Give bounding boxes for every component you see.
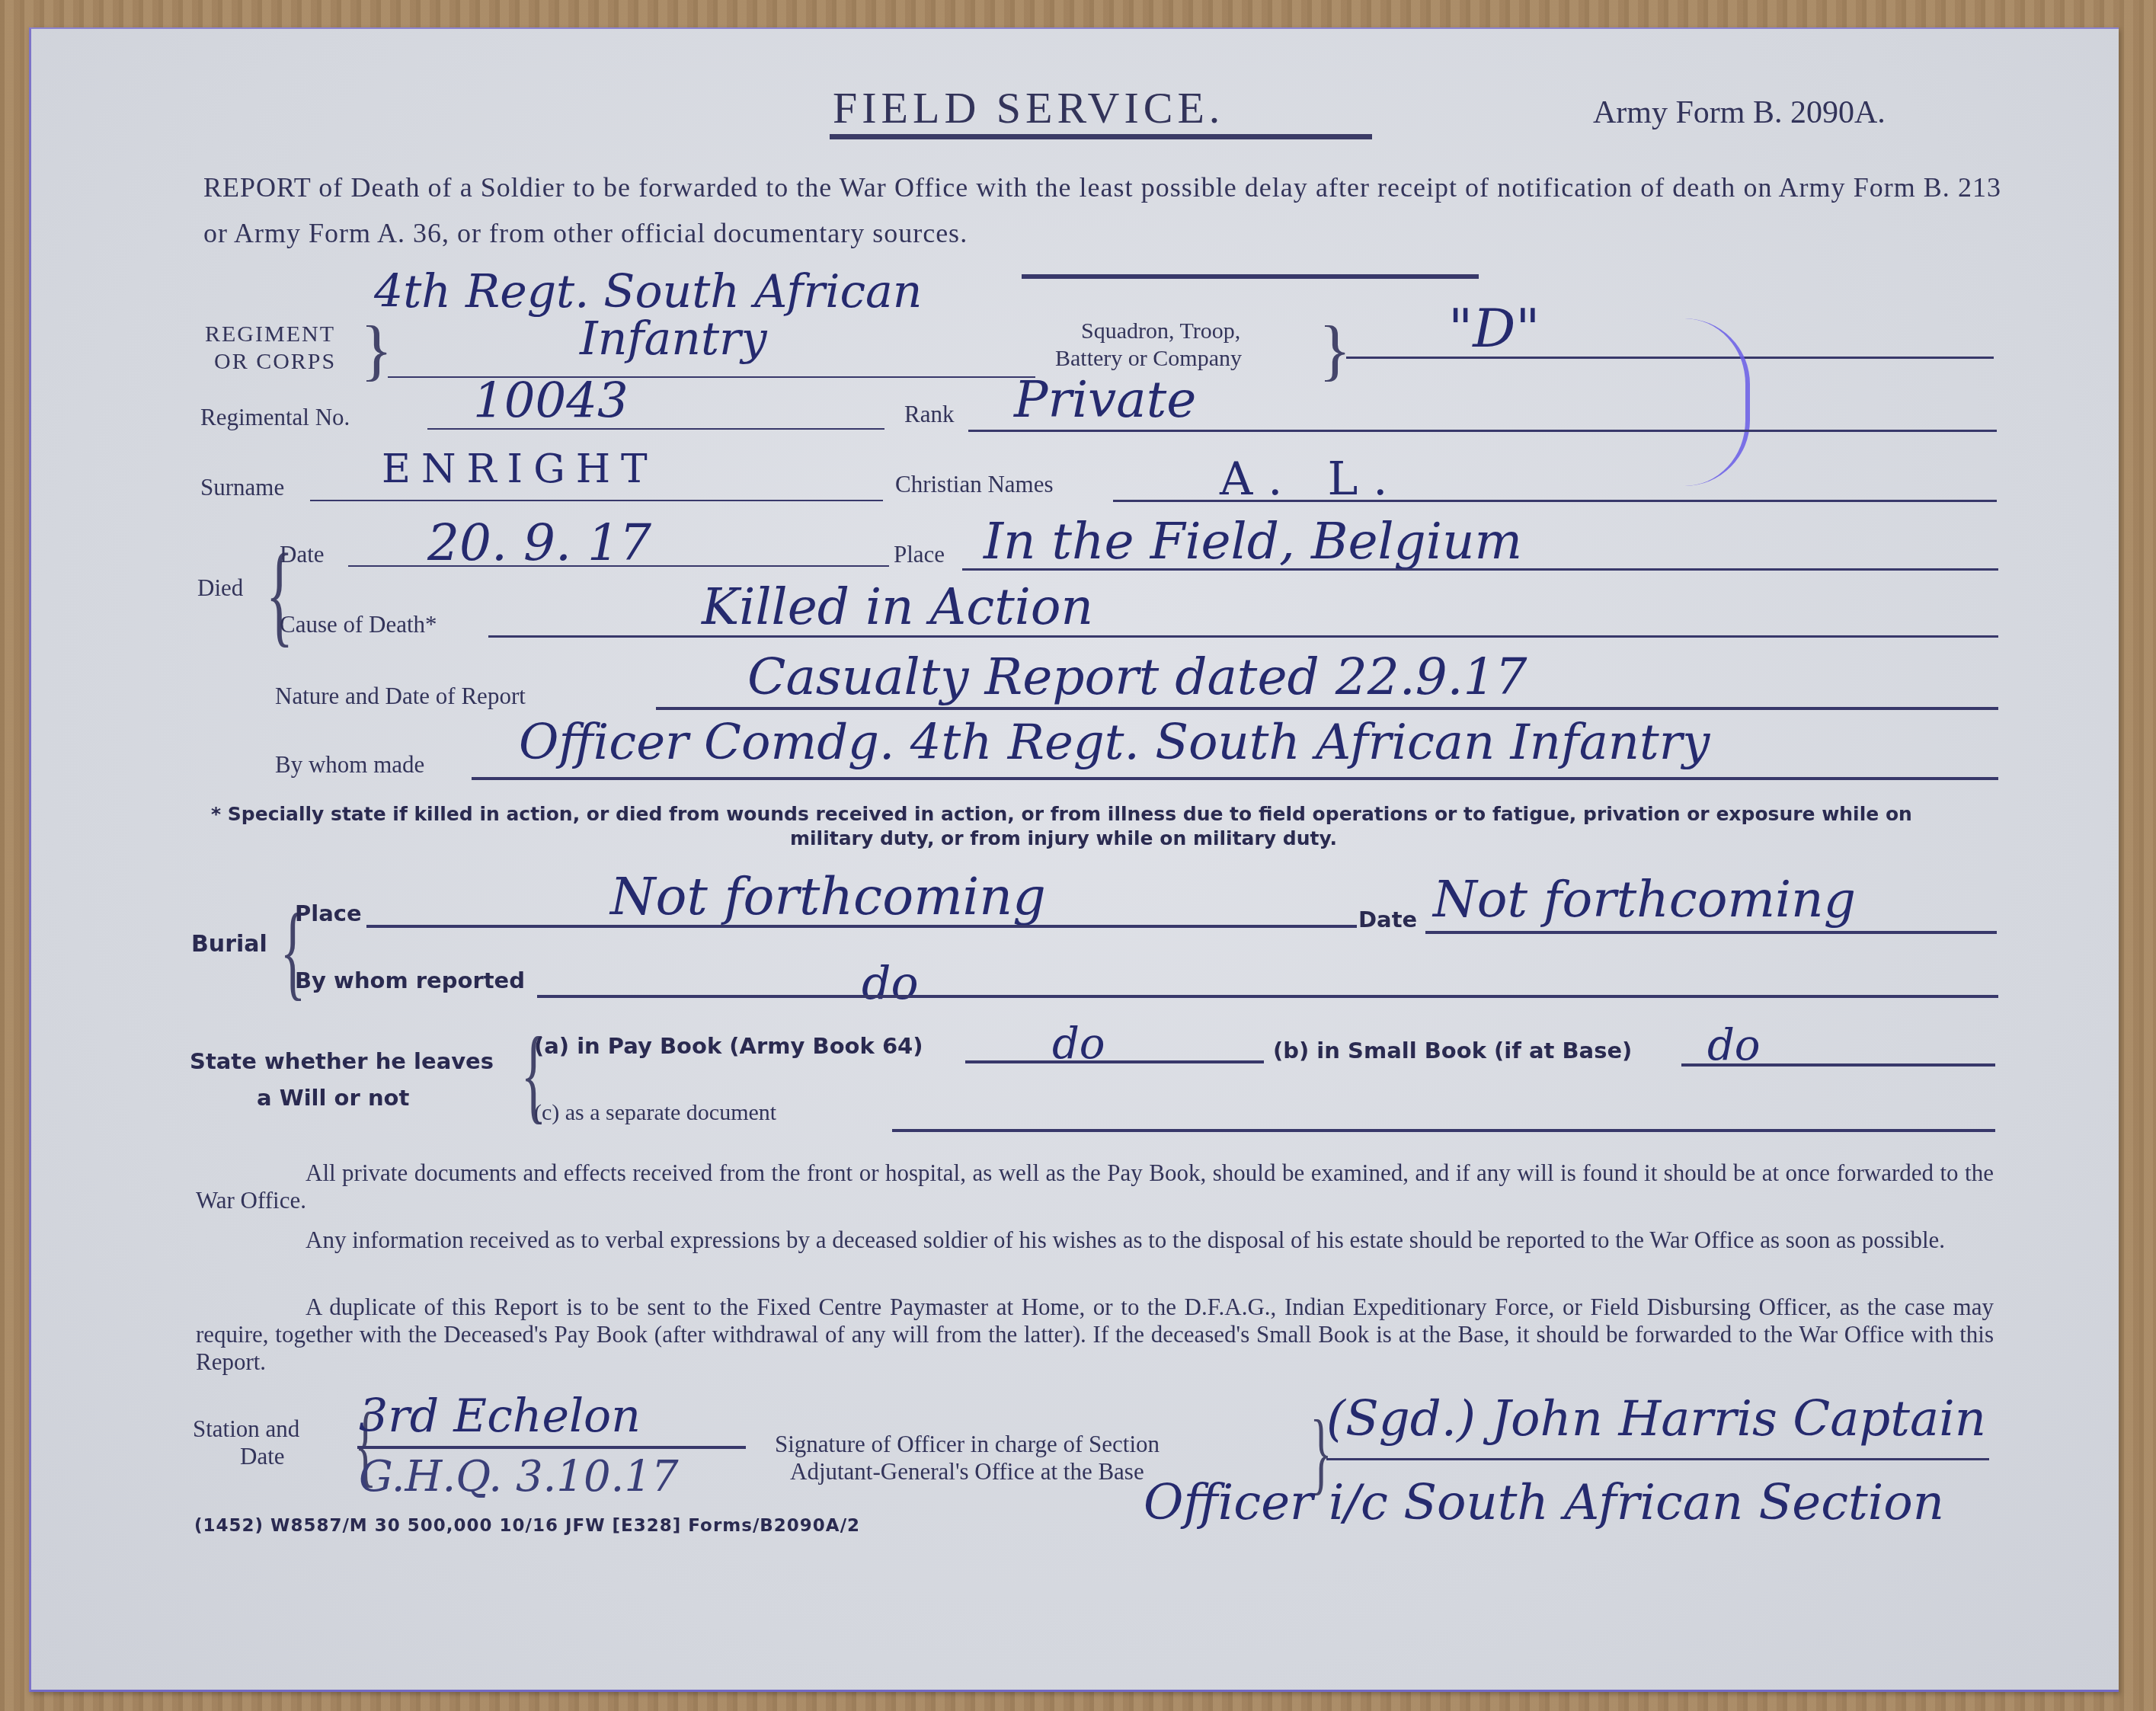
squadron-label-1: Squadron, Troop,: [1081, 318, 1240, 344]
by-whom-made-value[interactable]: Officer Comdg. 4th Regt. South African I…: [519, 715, 1710, 771]
squadron-brace: }: [1319, 312, 1351, 389]
burial-date-line: [1425, 931, 1997, 934]
date-of-death-value[interactable]: 20. 9. 17: [427, 513, 651, 572]
will-a-label: (a) in Pay Book (Army Book 64): [534, 1033, 923, 1059]
by-whom-made-label: By whom made: [275, 751, 424, 779]
burial-date-value[interactable]: Not forthcoming: [1433, 870, 1856, 929]
will-b-line: [1681, 1063, 1995, 1067]
burial-place-label: Place: [295, 900, 362, 926]
burial-place-value[interactable]: Not forthcoming: [610, 867, 1046, 927]
signature-value-2[interactable]: Officer i/c South African Section: [1144, 1475, 1944, 1531]
signature-label-1: Signature of Officer in charge of Sectio…: [775, 1431, 1160, 1458]
army-form-document: FIELD SERVICE. Army Form B. 2090A. REPOR…: [29, 27, 2119, 1692]
signature-line: [1326, 1458, 1989, 1460]
burial-by-whom-label: By whom reported: [295, 967, 525, 993]
company-value[interactable]: "D": [1448, 297, 1540, 360]
company-line: [1346, 357, 1994, 359]
station-date-value[interactable]: G.H.Q. 3.10.17: [359, 1452, 679, 1502]
title-underline: [830, 134, 1372, 139]
will-c-line: [892, 1129, 1995, 1132]
surname-line: [310, 500, 883, 501]
instruction-2: Any information received as to verbal ex…: [196, 1226, 1994, 1254]
footnote-line-2: military duty, or from injury while on m…: [790, 827, 1337, 849]
regiment-label-1: REGIMENT: [205, 321, 335, 347]
burial-by-whom-line: [537, 995, 1998, 998]
cause-of-death-value[interactable]: Killed in Action: [702, 577, 1093, 636]
surname-value[interactable]: ENRIGHT: [382, 446, 658, 492]
regimental-no-line: [427, 428, 884, 430]
form-intro: REPORT of Death of a Soldier to be forwa…: [203, 165, 2001, 256]
will-c-label: (c) as a separate document: [534, 1100, 776, 1126]
station-label-1: Station and: [193, 1415, 299, 1443]
station-line: [357, 1446, 746, 1449]
squadron-label-2: Battery or Company: [1055, 346, 1242, 372]
station-label-2: Date: [240, 1443, 285, 1470]
will-label-2: a Will or not: [257, 1085, 409, 1111]
died-label: Died: [197, 574, 243, 602]
station-value[interactable]: 3rd Echelon: [359, 1390, 641, 1443]
regimental-no-value[interactable]: 10043: [473, 373, 629, 430]
instruction-1: All private documents and effects receiv…: [196, 1159, 1994, 1214]
burial-place-line: [366, 925, 1357, 928]
footnote-line-1: * Specially state if killed in action, o…: [211, 803, 1912, 825]
will-label-1: State whether he leaves: [190, 1048, 494, 1074]
instruction-3: A duplicate of this Report is to be sent…: [196, 1294, 1994, 1376]
christian-names-label: Christian Names: [895, 471, 1054, 498]
date-line: [348, 565, 889, 567]
signature-label-2: Adjutant-General's Office at the Base: [790, 1458, 1144, 1486]
form-number: Army Form B. 2090A.: [1593, 94, 1886, 131]
burial-date-label: Date: [1358, 907, 1417, 932]
stamp-mark: [1684, 318, 1750, 486]
signature-value-1[interactable]: (Sgd.) John Harris Captain: [1326, 1391, 1986, 1447]
will-a-line: [965, 1060, 1264, 1063]
burial-label: Burial: [191, 931, 267, 958]
by-whom-made-line: [472, 777, 1998, 780]
surname-label: Surname: [200, 474, 284, 501]
rank-label: Rank: [904, 401, 954, 428]
regiment-value-1[interactable]: 4th Regt. South African: [374, 265, 922, 318]
form-title: FIELD SERVICE.: [833, 82, 1224, 133]
place-of-death-value[interactable]: In the Field, Belgium: [984, 512, 1522, 571]
regimental-no-label: Regimental No.: [200, 404, 350, 431]
will-b-label: (b) in Small Book (if at Base): [1273, 1038, 1632, 1063]
place-line: [962, 568, 1998, 571]
nature-label: Nature and Date of Report: [275, 683, 526, 710]
christian-names-value[interactable]: A. L.: [1220, 453, 1403, 506]
place-label: Place: [894, 541, 945, 568]
christian-names-line: [1113, 500, 1997, 502]
printer-imprint: (1452) W8587/M 30 500,000 10/16 JFW [E32…: [194, 1516, 860, 1536]
cause-line: [488, 635, 1998, 638]
nature-line: [656, 707, 1998, 710]
rank-line: [968, 430, 1997, 432]
regiment-value-2[interactable]: Infantry: [580, 312, 767, 366]
regiment-label-2: OR CORPS: [214, 349, 336, 375]
rank-value[interactable]: Private: [1014, 370, 1196, 429]
cause-label: Cause of Death*: [280, 611, 437, 638]
burial-by-whom-value[interactable]: do: [862, 957, 919, 1010]
nature-value[interactable]: Casualty Report dated 22.9.17: [747, 648, 1527, 706]
header-rule: [1022, 274, 1479, 279]
date-label: Date: [280, 541, 325, 568]
